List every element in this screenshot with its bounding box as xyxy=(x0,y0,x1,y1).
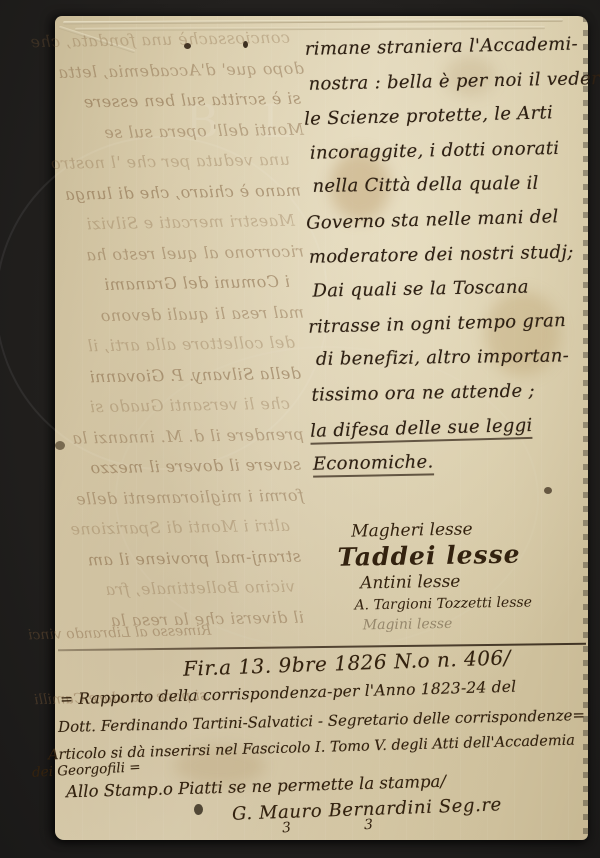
signature-taddei: Taddei lesse xyxy=(337,539,531,571)
bleedthrough-line: altri i Monti di Sparizione xyxy=(28,516,290,551)
letter-line: di benefizi, altro importan- xyxy=(316,345,595,383)
letter-line: la difesa delle sue leggi xyxy=(310,413,597,455)
page-mark: 3 xyxy=(281,820,292,837)
letter-line-text: rimane straniera l'Accademi- xyxy=(305,34,578,60)
signature-targioni-tozzetti: A. Targioni Tozzetti lesse xyxy=(354,594,532,613)
bleedthrough-line: dopo que' d'Accademia, letta xyxy=(28,58,304,93)
bleedthrough-line: i Comuni del Granami xyxy=(28,272,290,307)
letter-line: nella Città della quale il xyxy=(312,172,591,210)
bleedthrough-line: prendere il d. M. innanzi la xyxy=(28,424,304,459)
bleedthrough-line: formi i miglioramenti delle xyxy=(28,485,304,520)
letter-line-text: tissimo ora ne attende ; xyxy=(311,380,535,405)
letter-text-column: rimane straniera l'Accademi- nostra : be… xyxy=(305,33,598,488)
letter-line-text: Governo sta nelle mani del xyxy=(306,206,559,234)
letter-line: rimane straniera l'Accademi- xyxy=(305,33,590,73)
letter-line: incoraggite, i dotti onorati xyxy=(310,137,592,177)
bleedthrough-line: una veduta per che 'l nostro xyxy=(28,150,290,185)
letter-line-text: nella Città della quale il xyxy=(312,173,538,197)
letter-line: moderatore dei nostri studj; xyxy=(309,241,594,281)
page-stack-edge xyxy=(63,19,563,25)
page-mark: 3 xyxy=(364,817,374,833)
bleedthrough-line: Monti dell' opera sul se xyxy=(28,119,304,154)
bleedthrough-line: mal resa li quali devono xyxy=(28,302,304,337)
bleedthrough-line: della Silvany. P. Giovanni xyxy=(28,363,301,398)
letter-line-text: Economiche. xyxy=(313,451,434,477)
manuscript-scan: B L conciossachè una fondata, che dopo q… xyxy=(0,0,600,858)
letter-line-text: di benefizi, altro importan- xyxy=(316,346,570,371)
bleedthrough-line: conciossachè una fondata, che xyxy=(28,28,290,63)
bleedthrough-line: ricorrono al quel resto ha xyxy=(28,241,304,276)
ink-speck xyxy=(544,487,552,494)
bleedthrough-line: del collettore alla arti, il xyxy=(28,333,295,368)
bleedthrough-line: stranj-mal proviene il am xyxy=(28,546,301,581)
letter-line: Economiche. xyxy=(313,448,598,488)
bleedthrough-text-column: conciossachè una fondata, che dopo que' … xyxy=(28,30,304,640)
letter-line: tissimo ora ne attende ; xyxy=(311,379,596,419)
letter-line-text: nostra : bella è per noi il vedere xyxy=(308,67,600,94)
signature-antini: Antini lesse xyxy=(360,570,532,593)
signature-block: Magheri lesse Taddei lesse Antini lesse … xyxy=(351,518,532,633)
bleedthrough-line: che li versanti Guado si xyxy=(28,394,290,429)
bleedthrough-line: savere il dovere il mezzo xyxy=(28,455,301,490)
bleedthrough-line: vicino Bollettinale, fra xyxy=(28,577,295,612)
ink-blot xyxy=(194,804,203,815)
signature-magini: Magini lesse xyxy=(363,614,533,633)
bleedthrough-line: Maestri mercati e Silvizi xyxy=(28,211,295,246)
bleedthrough-line: mano è chiaro, che di lunga xyxy=(28,180,301,215)
bleedthrough-line: si è scritta sul ben essere xyxy=(28,89,301,124)
signature-magheri: Magheri lesse xyxy=(351,518,531,541)
letter-line-text: Dai quali se la Toscana xyxy=(312,277,529,302)
letter-line-text: la difesa delle sue leggi xyxy=(310,414,533,444)
